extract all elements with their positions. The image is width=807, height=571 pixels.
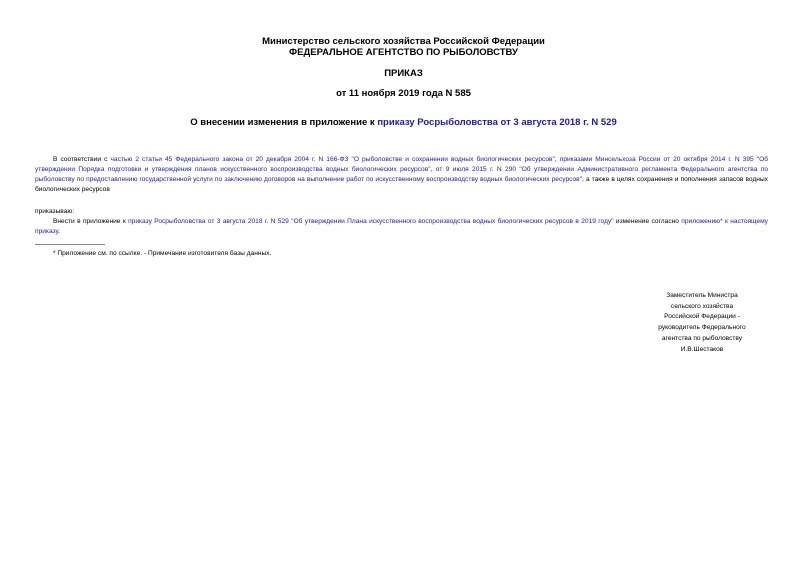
signature-line: Российской Федерации - bbox=[637, 312, 767, 323]
order-text-3: . bbox=[58, 228, 60, 235]
order-text-2: изменение согласно bbox=[614, 218, 682, 225]
footnote: * Приложение см. по ссылке. - Примечание… bbox=[35, 249, 768, 259]
signature-line: сельского хозяйства bbox=[637, 302, 767, 313]
footnote-divider bbox=[35, 244, 105, 245]
agency-name: ФЕДЕРАЛЬНОЕ АГЕНТСТВО ПО РЫБОЛОВСТВУ bbox=[0, 47, 807, 58]
order-paragraph: Внести в приложение к приказу Росрыболов… bbox=[35, 217, 768, 237]
signature-line: агентства по рыболовству bbox=[637, 334, 767, 345]
document-type: ПРИКАЗ bbox=[0, 68, 807, 79]
signature-block: Заместитель Министра сельского хозяйства… bbox=[607, 291, 767, 355]
preamble-paragraph: В соответствии с частью 2 статьи 45 Феде… bbox=[35, 155, 768, 195]
document-date-number: от 11 ноября 2019 года N 585 bbox=[0, 88, 807, 99]
order-text-1: Внести в приложение к bbox=[53, 218, 128, 225]
order-word: приказываю: bbox=[35, 207, 768, 217]
signature-line: руководитель Федерального bbox=[637, 323, 767, 334]
signature-line: Заместитель Министра bbox=[637, 291, 767, 302]
preamble-text-1: В соответствии с bbox=[53, 156, 110, 163]
rosrybolovstvo-order-link[interactable]: приказу Росрыболовства от 3 августа 2018… bbox=[128, 218, 613, 225]
ministry-name: Министерство сельского хозяйства Российс… bbox=[0, 36, 807, 47]
document-title: О внесении изменения в приложение к прик… bbox=[0, 117, 807, 128]
title-prefix: О внесении изменения в приложение к bbox=[190, 117, 377, 128]
signatory-name: И.В.Шестаков bbox=[637, 345, 767, 356]
title-link[interactable]: приказу Росрыболовства от 3 августа 2018… bbox=[377, 117, 616, 128]
federal-law-link[interactable]: частью 2 статьи 45 Федерального закона о… bbox=[110, 156, 554, 163]
